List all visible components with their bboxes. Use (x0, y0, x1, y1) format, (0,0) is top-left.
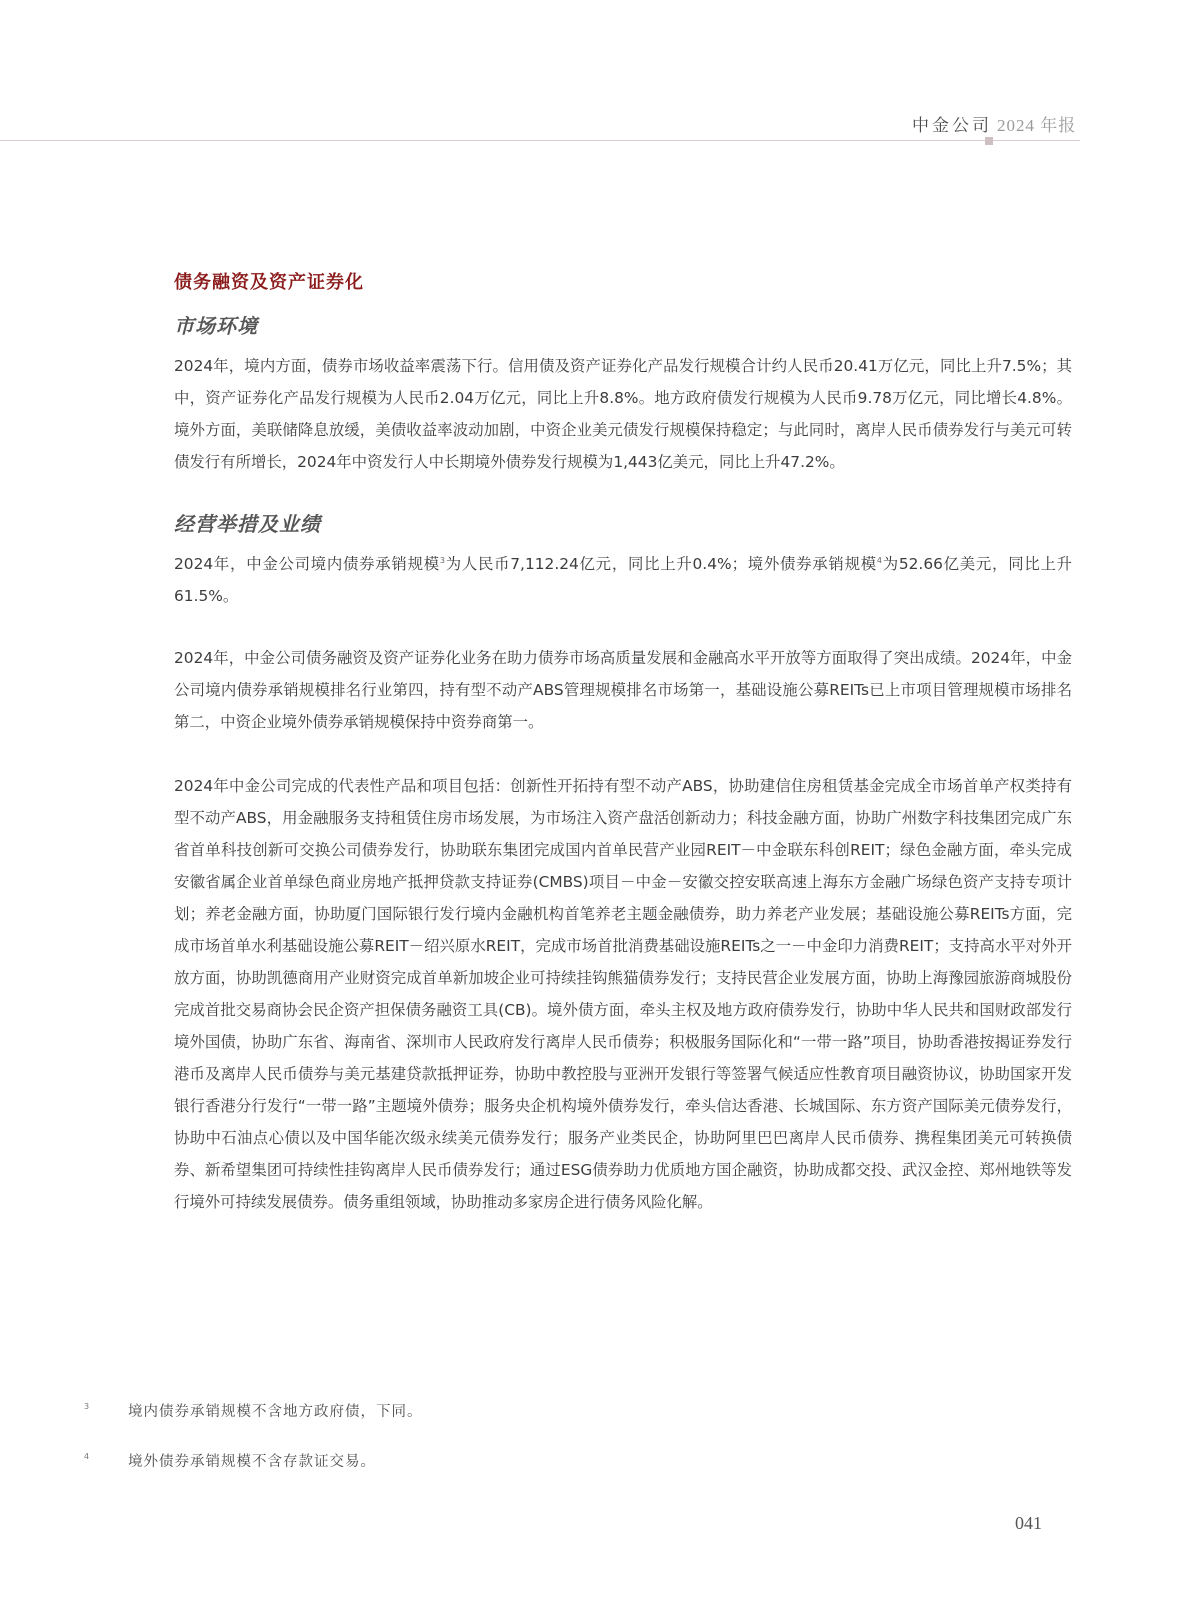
subsection-title-operations: 经营举措及业绩 (174, 510, 1072, 538)
header-square-marker-icon (985, 137, 993, 145)
footnote-text: 境内债券承销规模不含地方政府债，下同。 (128, 1400, 423, 1421)
operations-paragraph-3: 2024年中金公司完成的代表性产品和项目包括：创新性开拓持有型不动产ABS，协助… (174, 770, 1072, 1218)
section-title: 债务融资及资产证券化 (174, 270, 1072, 296)
header-divider (0, 140, 1080, 141)
header-company-name: 中金公司 (912, 111, 992, 136)
main-content: 债务融资及资产证券化 市场环境 2024年，境内方面，债券市场收益率震荡下行。信… (174, 270, 1072, 1218)
footnote-4: 4 境外债券承销规模不含存款证交易。 (80, 1450, 880, 1474)
header-report-year: 2024 年报 (997, 111, 1076, 136)
para1-text-a: 2024年，中金公司境内债券承销规模 (174, 555, 440, 573)
page-header: 中金公司 2024 年报 (0, 0, 1190, 150)
footnote-text: 境外债券承销规模不含存款证交易。 (128, 1450, 376, 1471)
page-number: 041 (1015, 1513, 1042, 1534)
market-paragraph: 2024年，境内方面，债券市场收益率震荡下行。信用债及资产证券化产品发行规模合计… (174, 350, 1072, 478)
footnote-number: 3 (84, 1402, 89, 1411)
subsection-title-market: 市场环境 (174, 312, 1072, 340)
footnote-number: 4 (84, 1452, 89, 1461)
operations-paragraph-2: 2024年，中金公司债务融资及资产证券化业务在助力债券市场高质量发展和金融高水平… (174, 642, 1072, 738)
footnote-3: 3 境内债券承销规模不含地方政府债，下同。 (80, 1400, 880, 1424)
operations-paragraph-1: 2024年，中金公司境内债券承销规模3为人民币7,112.24亿元，同比上升0.… (174, 548, 1072, 612)
para1-text-b: 为人民币7,112.24亿元，同比上升0.4%；境外债券承销规模 (445, 555, 877, 573)
footnotes: 3 境内债券承销规模不含地方政府债，下同。 4 境外债券承销规模不含存款证交易。 (80, 1400, 880, 1500)
